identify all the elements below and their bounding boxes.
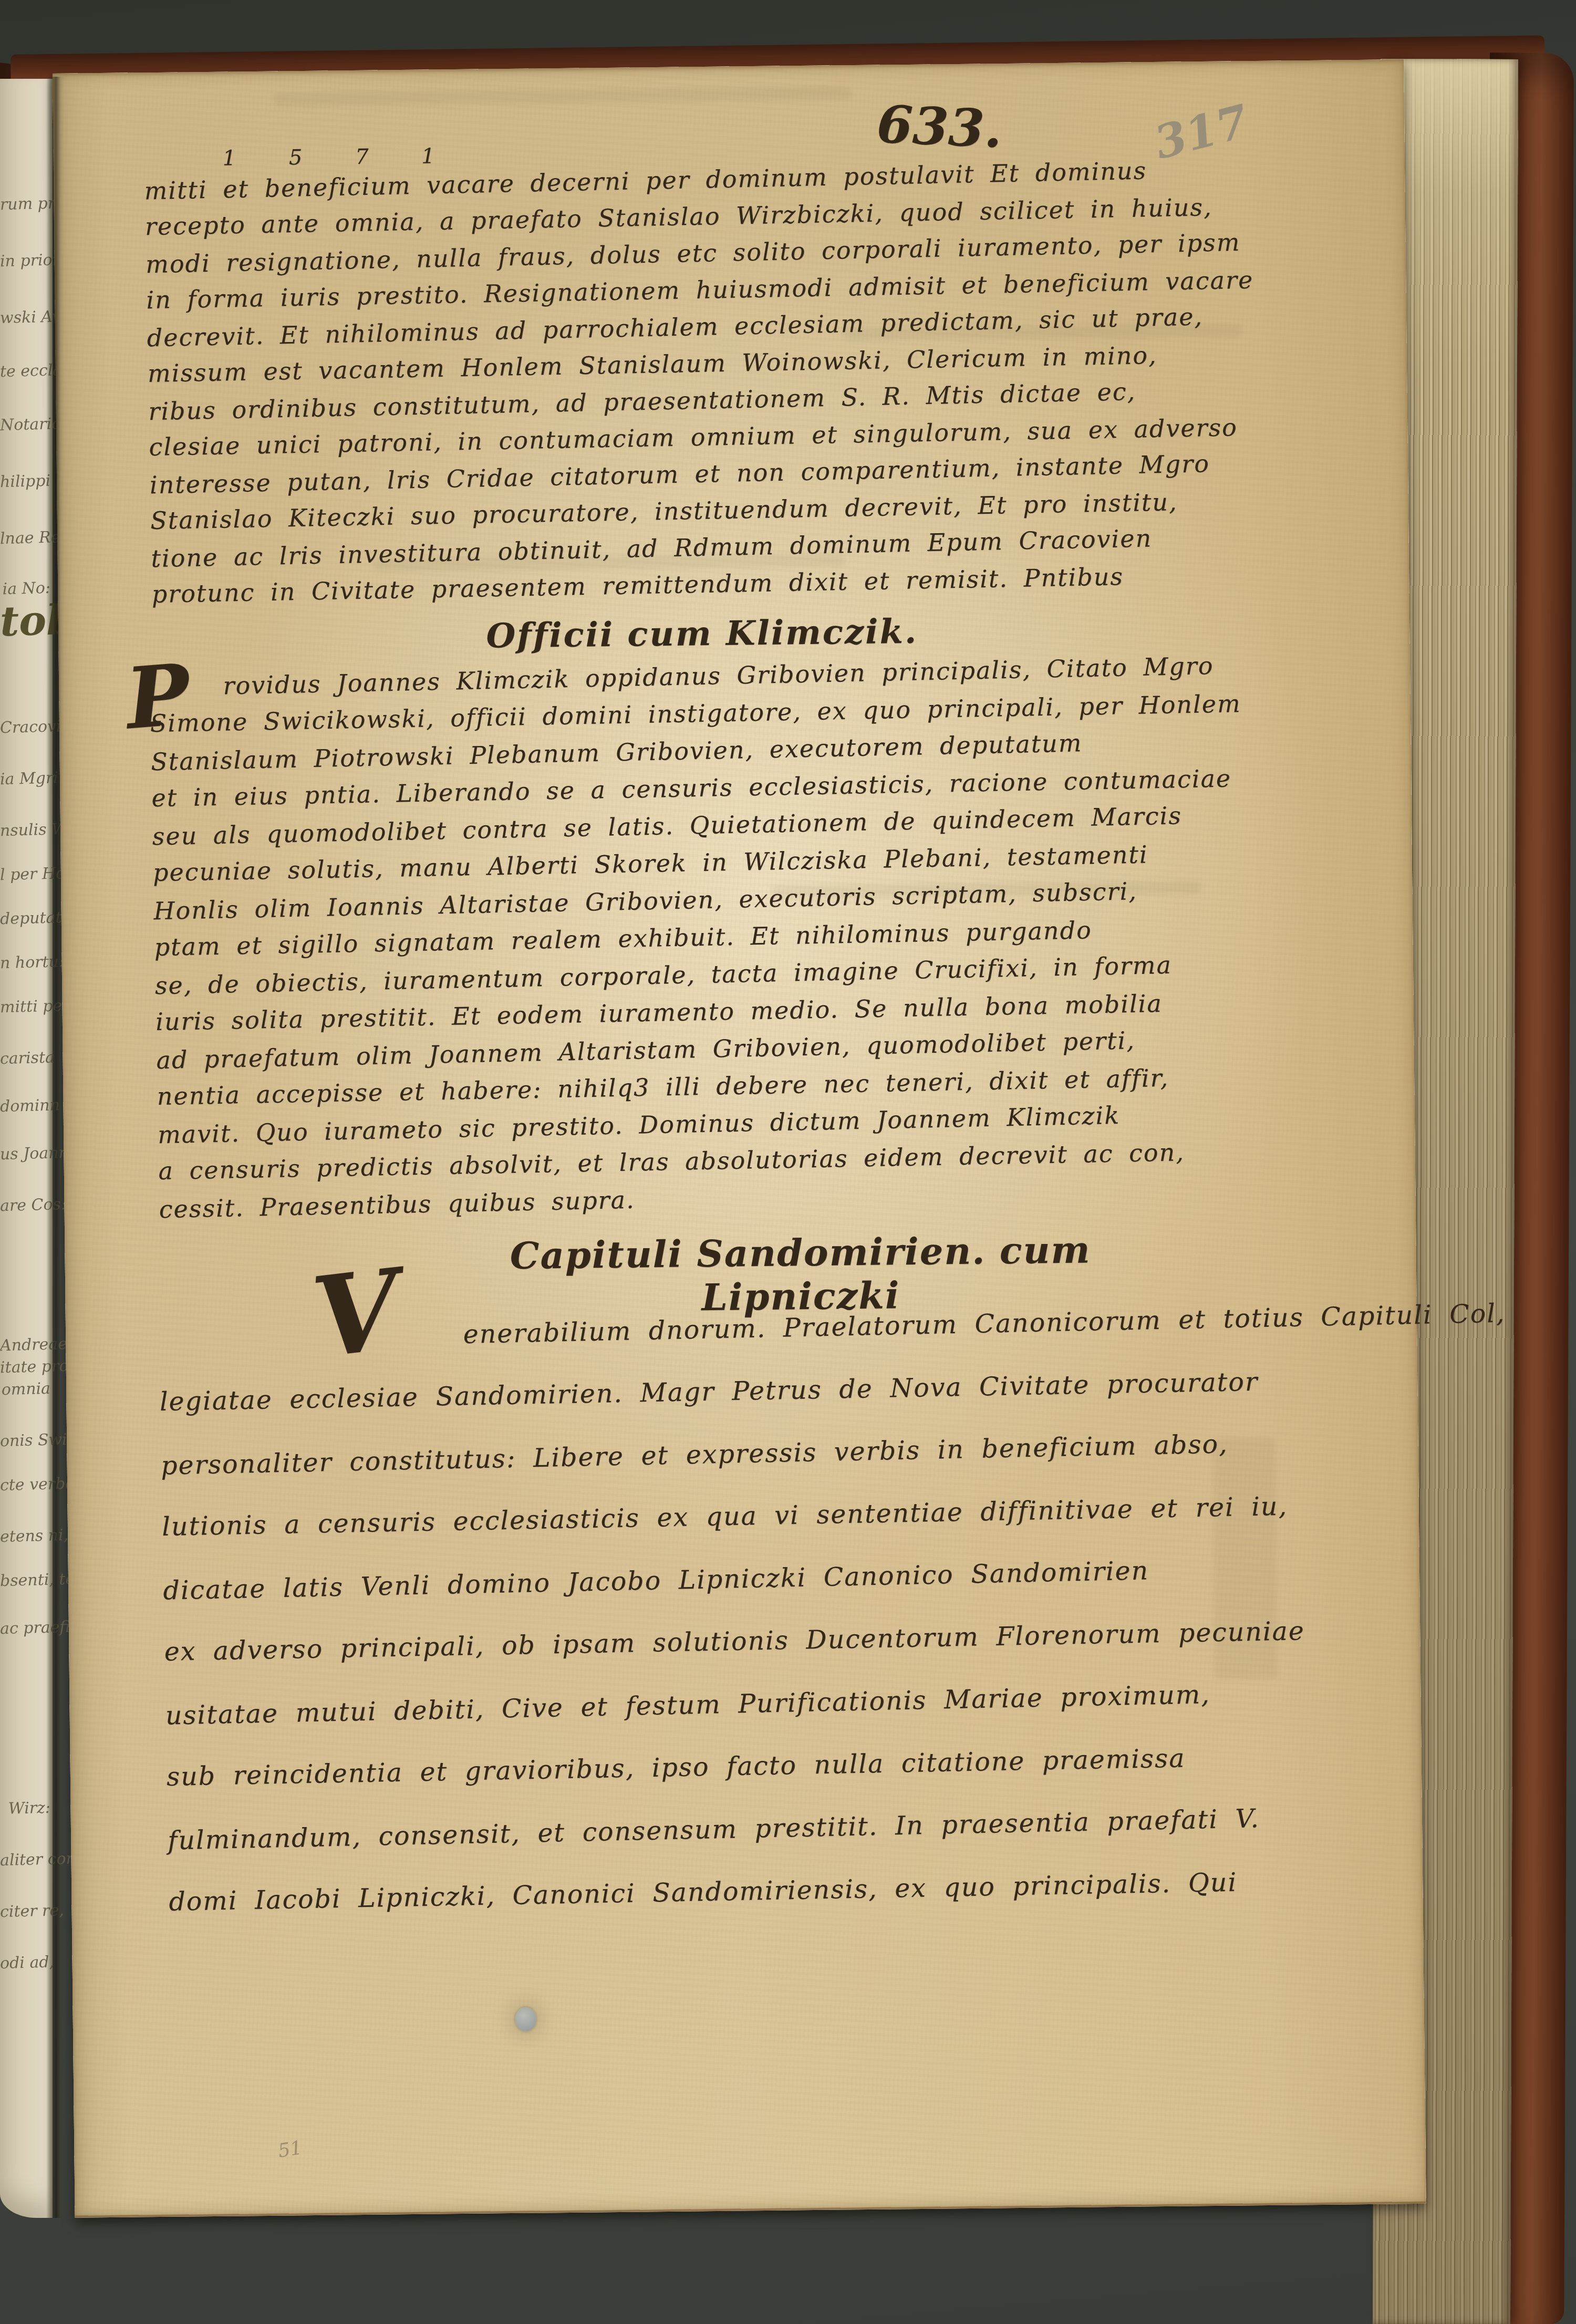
margin-fragment: Wirz: — [0, 1799, 50, 1819]
margin-fragment: us Joann — [0, 1145, 50, 1164]
gutter-shadow — [46, 77, 64, 2218]
margin-fragment: carista — [0, 1049, 50, 1068]
margin-fragment: are Cos: — [0, 1196, 50, 1216]
margin-fragment: hilippi — [0, 472, 50, 492]
paragraph-1: mitti et beneficium vacare decerni per d… — [144, 151, 1259, 613]
margin-fragment: wski Av: — [0, 308, 50, 328]
folio-number-ink: 633. — [876, 94, 1003, 160]
margin-fragment: ia No: — [0, 579, 50, 599]
margin-fragment: l per Ho: — [0, 865, 50, 885]
ink-bleed-streak — [273, 86, 851, 106]
margin-fragment: lnae Remy — [0, 529, 50, 548]
margin-fragment: Notario. — [0, 416, 50, 435]
margin-fragment: citer re, — [0, 1902, 50, 1922]
paragraph-2: rovidus Joannes Klimczik oppidanus Gribo… — [149, 648, 1250, 1227]
margin-fragment: Cracovian, — [0, 718, 50, 738]
margin-fragment: ia Mgri — [0, 770, 50, 789]
margin-fragment-large: tob. — [0, 597, 51, 646]
margin-fragment: dominn — [0, 1097, 50, 1116]
margin-fragment: etens ni, — [0, 1527, 50, 1547]
section-heading-officii-cum-klimczik: Officii cum Klimczik. — [426, 611, 978, 657]
margin-fragment: aliter con: — [0, 1851, 50, 1870]
margin-fragment: cte verbo — [0, 1476, 50, 1495]
margin-fragment: itate pro, — [0, 1358, 50, 1377]
margin-fragment: in priori — [0, 252, 50, 271]
pencil-mark-bottom: 51 — [277, 2137, 304, 2162]
margin-fragment: omnia — [0, 1380, 50, 1399]
margin-fragment: rum pro, — [0, 195, 50, 214]
margin-fragment: ac praefigi — [0, 1619, 50, 1638]
book-page: 1 5 7 1 633. 317 mitti et beneficium vac… — [53, 59, 1426, 2218]
margin-fragment: Andreae — [0, 1336, 50, 1355]
paragraph-3: enerabilium dnorum. Praelatorum Canonico… — [158, 1283, 1516, 1933]
margin-fragment: bsenti, ters — [0, 1571, 50, 1591]
margin-fragment: mitti per — [0, 998, 50, 1017]
margin-fragment: te ecclae — [0, 362, 50, 381]
margin-fragment: onis Swicy: — [0, 1431, 50, 1451]
manuscript-scan: { "scene": { "year_header": "1 5 7 1", "… — [0, 0, 1576, 2324]
margin-fragment: deputatu, — [0, 909, 50, 929]
margin-fragment: odi ad, — [0, 1954, 50, 1973]
margin-fragment: nsulis Wie: — [0, 821, 50, 841]
margin-fragment: n hortu: — [0, 953, 50, 973]
wax-seal-dot — [515, 2007, 536, 2031]
previous-page-edge: rum pro, in priori wski Av: te ecclae No… — [0, 79, 53, 2218]
